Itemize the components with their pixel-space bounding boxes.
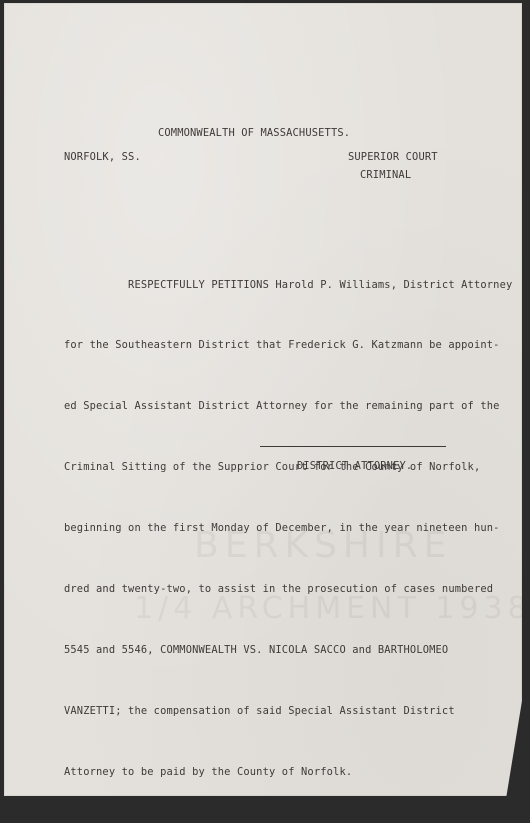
body-line: VANZETTI; the compensation of said Speci… [64,701,512,721]
body-line: 5545 and 5546, COMMONWEALTH VS. NICOLA S… [64,640,512,660]
bleedthrough-text: BERKSHIRE [194,525,452,566]
body-line: RESPECTFULLY PETITIONS Harold P. William… [64,275,512,295]
document-heading: COMMONWEALTH OF MASSACHUSETTS. [158,127,350,139]
petition-body: RESPECTFULLY PETITIONS Harold P. William… [64,234,512,800]
body-line: Criminal Sitting of the Supprior Court f… [64,457,512,477]
bleedthrough-text: 1/4 ARCHMENT 1938 [134,591,530,626]
signature-line [260,446,446,447]
body-line: Attorney to be paid by the County of Nor… [64,762,512,782]
signature-label: DISTRICT ATTORNEY. [297,460,412,472]
body-line: for the Southeastern District that Frede… [64,335,512,355]
session-label: CRIMINAL [360,169,411,181]
body-line: ed Special Assistant District Attorney f… [64,396,512,416]
document-page: COMMONWEALTH OF MASSACHUSETTS. NORFOLK, … [4,3,522,796]
venue-label: NORFOLK, SS. [64,151,141,163]
court-label: SUPERIOR COURT [348,151,438,163]
